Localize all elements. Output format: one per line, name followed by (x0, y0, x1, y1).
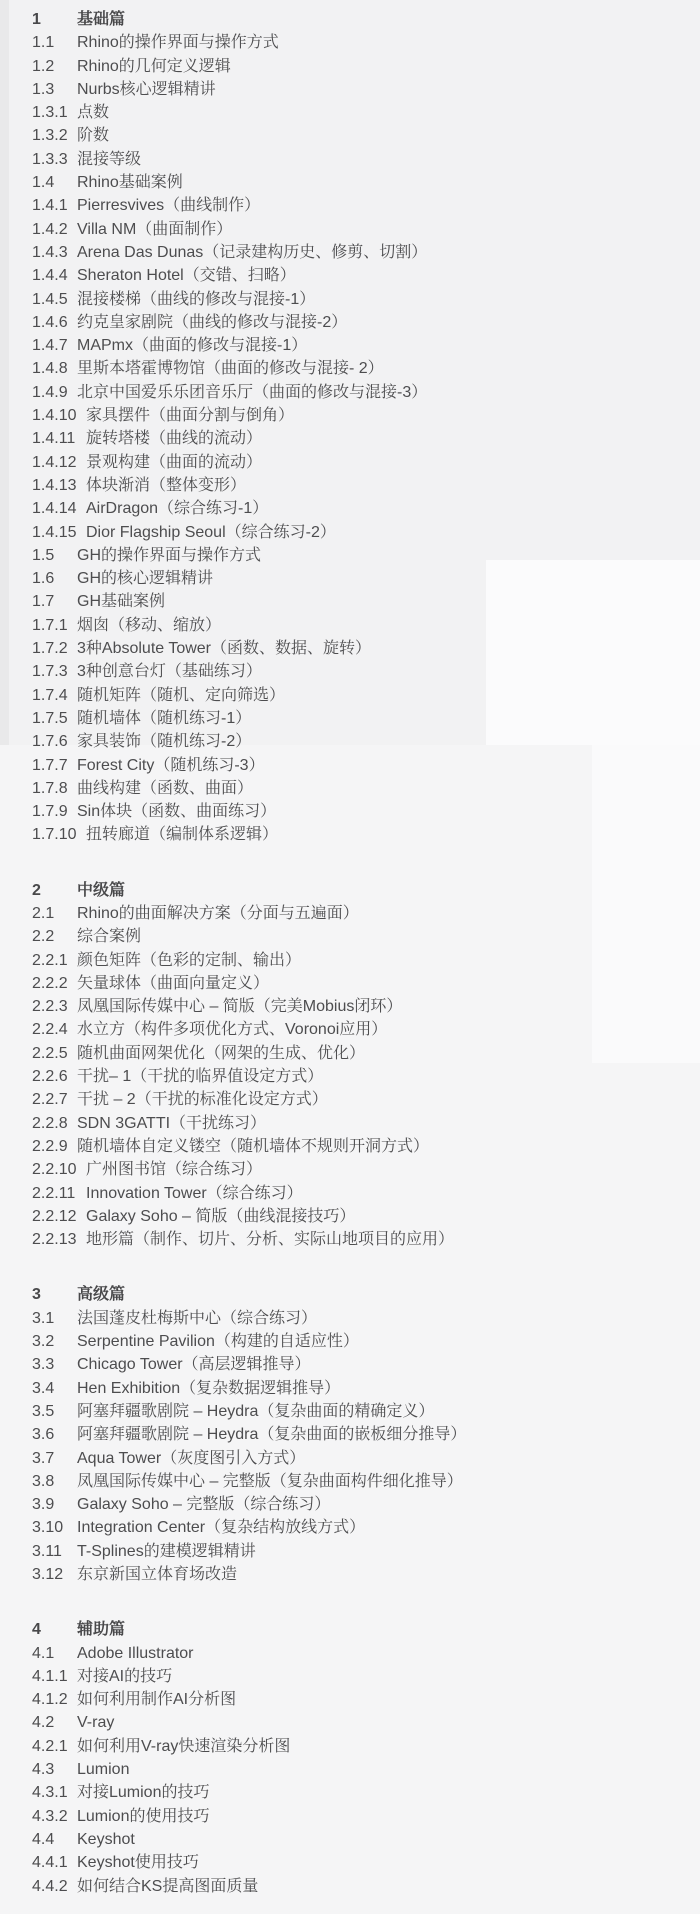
toc-line: 3.1法国蓬皮杜梅斯中心（综合练习） (32, 1307, 688, 1330)
toc-page: 1基础篇1.1Rhino的操作界面与操作方式1.2Rhino的几何定义逻辑1.3… (0, 0, 700, 1914)
toc-line: 1.4.11旋转塔楼（曲线的流动） (32, 427, 688, 450)
toc-line: 1.4.6约克皇家剧院（曲线的修改与混接-2） (32, 311, 688, 334)
toc-line-number: 1 (32, 8, 77, 31)
toc-line-title: SDN 3GATTI（干扰练习） (77, 1115, 266, 1132)
table-of-contents: 1基础篇1.1Rhino的操作界面与操作方式1.2Rhino的几何定义逻辑1.3… (0, 0, 700, 1898)
toc-line-number: 1.7.5 (32, 707, 77, 730)
toc-line-number: 1.3.3 (32, 148, 77, 171)
toc-line-title: 里斯本塔霍博物馆（曲面的修改与混接- 2） (77, 360, 384, 377)
toc-line: 1.7.10扭转廊道（编制体系逻辑） (32, 823, 688, 846)
toc-line-title: 随机矩阵（随机、定向筛选） (77, 687, 285, 704)
toc-line-number: 4.2.1 (32, 1735, 77, 1758)
toc-line-number: 2.2.3 (32, 995, 77, 1018)
toc-line-number: 1.4.13 (32, 474, 86, 497)
toc-line-title: 干扰 – 2（干扰的标准化设定方式） (77, 1091, 328, 1108)
toc-line: 4.3Lumion (32, 1758, 688, 1781)
toc-line: 2.2.2矢量球体（曲面向量定义） (32, 972, 688, 995)
toc-line: 1.3.3混接等级 (32, 148, 688, 171)
toc-line: 2中级篇 (32, 879, 688, 902)
toc-line: 1.1Rhino的操作界面与操作方式 (32, 31, 688, 54)
toc-line: 2.1Rhino的曲面解决方案（分面与五遍面） (32, 902, 688, 925)
toc-line-title: 随机曲面网架优化（网架的生成、优化） (77, 1045, 365, 1062)
toc-line-number: 2.2.6 (32, 1065, 77, 1088)
toc-line-number: 4.3.1 (32, 1781, 77, 1804)
toc-line-title: 随机墙体（随机练习-1） (77, 710, 251, 727)
toc-line-number: 3.10 (32, 1516, 77, 1539)
toc-line-number: 4.1 (32, 1642, 77, 1665)
toc-line: 4.2.1如何利用V-ray快速渲染分析图 (32, 1735, 688, 1758)
toc-line-title: 综合案例 (77, 928, 141, 945)
toc-line: 1.6GH的核心逻辑精讲 (32, 567, 688, 590)
toc-line: 1.7.6家具装饰（随机练习-2） (32, 730, 688, 753)
toc-line-number: 3.8 (32, 1470, 77, 1493)
toc-line: 1.7.23种Absolute Tower（函数、数据、旋转） (32, 637, 688, 660)
toc-line: 2.2.7干扰 – 2（干扰的标准化设定方式） (32, 1088, 688, 1111)
toc-line-title: Aqua Tower（灰度图引入方式） (77, 1450, 305, 1467)
toc-line: 3.4Hen Exhibition（复杂数据逻辑推导） (32, 1377, 688, 1400)
toc-line-title: 广州图书馆（综合练习） (86, 1161, 262, 1178)
toc-line: 3.12东京新国立体育场改造 (32, 1563, 688, 1586)
toc-line-title: Keyshot (77, 1831, 135, 1848)
toc-line-title: 对接Lumion的技巧 (77, 1784, 209, 1801)
toc-line-title: Galaxy Soho – 简版（曲线混接技巧） (86, 1208, 355, 1225)
toc-line: 1.4.10家具摆件（曲面分割与倒角） (32, 404, 688, 427)
toc-line: 2.2.11Innovation Tower（综合练习） (32, 1182, 688, 1205)
toc-line-number: 1.3.1 (32, 101, 77, 124)
toc-line-number: 2.2.8 (32, 1112, 77, 1135)
toc-line: 3.7Aqua Tower（灰度图引入方式） (32, 1447, 688, 1470)
toc-line-number: 2.1 (32, 902, 77, 925)
toc-line: 2.2.9随机墙体自定义镂空（随机墙体不规则开洞方式） (32, 1135, 688, 1158)
toc-line: 2.2.5随机曲面网架优化（网架的生成、优化） (32, 1042, 688, 1065)
toc-line-number: 4.3 (32, 1758, 77, 1781)
toc-line: 1.4.13体块渐消（整体变形） (32, 474, 688, 497)
toc-line-title: 颜色矩阵（色彩的定制、输出） (77, 952, 301, 969)
toc-line: 1.4.7MAPmx（曲面的修改与混接-1） (32, 334, 688, 357)
toc-line-title: Villa NM（曲面制作） (77, 221, 232, 238)
toc-line-number: 1.7.10 (32, 823, 86, 846)
toc-line-number: 1.4.6 (32, 311, 77, 334)
toc-line-title: Rhino基础案例 (77, 174, 183, 191)
toc-line: 4辅助篇 (32, 1618, 688, 1641)
toc-line: 1.7.7Forest City（随机练习-3） (32, 754, 688, 777)
toc-line: 3.8凤凰国际传媒中心 – 完整版（复杂曲面构件细化推导） (32, 1470, 688, 1493)
toc-line-number: 1.4.7 (32, 334, 77, 357)
toc-line-title: Forest City（随机练习-3） (77, 757, 265, 774)
toc-line-title: 曲线构建（函数、曲面） (77, 780, 253, 797)
toc-line: 1.4.4Sheraton Hotel（交错、扫略） (32, 264, 688, 287)
toc-line: 3.5阿塞拜疆歌剧院 – Heydra（复杂曲面的精确定义） (32, 1400, 688, 1423)
toc-line-title: Dior Flagship Seoul（综合练习-2） (86, 524, 336, 541)
toc-section: 3高级篇3.1法国蓬皮杜梅斯中心（综合练习）3.2Serpentine Pavi… (32, 1283, 688, 1586)
toc-line: 1.4.15Dior Flagship Seoul（综合练习-2） (32, 521, 688, 544)
toc-line: 4.1.2如何利用制作AI分析图 (32, 1688, 688, 1711)
toc-section: 2中级篇2.1Rhino的曲面解决方案（分面与五遍面）2.2综合案例2.2.1颜… (32, 879, 688, 1252)
toc-line-title: 家具摆件（曲面分割与倒角） (86, 407, 294, 424)
toc-line-title: 家具装饰（随机练习-2） (77, 733, 251, 750)
toc-line-title: Rhino的操作界面与操作方式 (77, 34, 279, 51)
toc-line: 1.4.14AirDragon（综合练习-1） (32, 497, 688, 520)
toc-line-title: MAPmx（曲面的修改与混接-1） (77, 337, 307, 354)
toc-line-title: Keyshot使用技巧 (77, 1854, 199, 1871)
toc-line: 1.7.33种创意台灯（基础练习） (32, 660, 688, 683)
toc-line-title: 旋转塔楼（曲线的流动） (86, 430, 262, 447)
toc-line-number: 4.3.2 (32, 1805, 77, 1828)
toc-line-number: 1.7.4 (32, 684, 77, 707)
toc-line: 2.2.1颜色矩阵（色彩的定制、输出） (32, 949, 688, 972)
toc-line: 1.3Nurbs核心逻辑精讲 (32, 78, 688, 101)
toc-section: 1基础篇1.1Rhino的操作界面与操作方式1.2Rhino的几何定义逻辑1.3… (32, 8, 688, 847)
toc-line: 1.4.3Arena Das Dunas（记录建构历史、修剪、切割） (32, 241, 688, 264)
toc-line: 2.2.10广州图书馆（综合练习） (32, 1158, 688, 1181)
toc-line-number: 1.4.3 (32, 241, 77, 264)
toc-line-number: 1.6 (32, 567, 77, 590)
toc-line: 4.3.2Lumion的使用技巧 (32, 1805, 688, 1828)
toc-line-number: 2.2 (32, 925, 77, 948)
toc-line: 4.1.1对接AI的技巧 (32, 1665, 688, 1688)
toc-line-title: Adobe Illustrator (77, 1645, 194, 1662)
toc-line-number: 4.4 (32, 1828, 77, 1851)
toc-line: 1.2Rhino的几何定义逻辑 (32, 55, 688, 78)
toc-line: 1.4.8里斯本塔霍博物馆（曲面的修改与混接- 2） (32, 357, 688, 380)
toc-line-number: 1.7.8 (32, 777, 77, 800)
toc-line-title: 水立方（构件多项优化方式、Voronoi应用） (77, 1021, 387, 1038)
toc-line: 1.4.1Pierresvives（曲线制作） (32, 194, 688, 217)
toc-line-number: 2.2.2 (32, 972, 77, 995)
toc-line-number: 2.2.5 (32, 1042, 77, 1065)
toc-line: 1.4Rhino基础案例 (32, 171, 688, 194)
toc-line-title: 中级篇 (77, 882, 125, 899)
toc-line-number: 1.4.5 (32, 288, 77, 311)
toc-line-number: 4.1.2 (32, 1688, 77, 1711)
toc-line-title: 如何结合KS提高图面质量 (77, 1878, 258, 1895)
toc-line-title: Rhino的几何定义逻辑 (77, 58, 231, 75)
toc-line: 3.11T-Splines的建模逻辑精讲 (32, 1540, 688, 1563)
toc-line-number: 1.7.1 (32, 614, 77, 637)
toc-line-number: 1.4.8 (32, 357, 77, 380)
toc-line-number: 4 (32, 1618, 77, 1641)
toc-line-number: 4.4.2 (32, 1875, 77, 1898)
toc-line-number: 1.3.2 (32, 124, 77, 147)
toc-line-title: 景观构建（曲面的流动） (86, 454, 262, 471)
toc-line-title: Galaxy Soho – 完整版（综合练习） (77, 1496, 330, 1513)
toc-line: 4.3.1对接Lumion的技巧 (32, 1781, 688, 1804)
toc-line-number: 1.3 (32, 78, 77, 101)
toc-line: 3.6阿塞拜疆歌剧院 – Heydra（复杂曲面的嵌板细分推导） (32, 1423, 688, 1446)
toc-line-number: 2.2.1 (32, 949, 77, 972)
toc-line-number: 1.7.2 (32, 637, 77, 660)
toc-line-title: V-ray (77, 1714, 114, 1731)
toc-line-number: 2.2.7 (32, 1088, 77, 1111)
toc-line-title: 扭转廊道（编制体系逻辑） (86, 826, 278, 843)
toc-line-title: 对接AI的技巧 (77, 1668, 172, 1685)
toc-line-title: 北京中国爱乐乐团音乐厅（曲面的修改与混接-3） (77, 384, 427, 401)
toc-line-number: 1.4.9 (32, 381, 77, 404)
toc-line-number: 3.1 (32, 1307, 77, 1330)
toc-line-title: Innovation Tower（综合练习） (86, 1185, 303, 1202)
toc-line-number: 3.12 (32, 1563, 77, 1586)
toc-line-number: 3.4 (32, 1377, 77, 1400)
toc-line-number: 1.4.12 (32, 451, 86, 474)
toc-line-number: 1.4.15 (32, 521, 86, 544)
toc-line: 2.2.13地形篇（制作、切片、分析、实际山地项目的应用） (32, 1228, 688, 1251)
toc-line: 4.4Keyshot (32, 1828, 688, 1851)
toc-line-number: 1.4.14 (32, 497, 86, 520)
toc-line-title: Chicago Tower（高层逻辑推导） (77, 1356, 311, 1373)
toc-line-number: 3.3 (32, 1353, 77, 1376)
toc-line-title: 法国蓬皮杜梅斯中心（综合练习） (77, 1310, 317, 1327)
toc-line: 1.5GH的操作界面与操作方式 (32, 544, 688, 567)
toc-line-title: 约克皇家剧院（曲线的修改与混接-2） (77, 314, 347, 331)
toc-line-title: Sin体块（函数、曲面练习） (77, 803, 276, 820)
toc-line-title: 东京新国立体育场改造 (77, 1566, 237, 1583)
toc-line-number: 1.1 (32, 31, 77, 54)
toc-line-number: 1.7.7 (32, 754, 77, 777)
toc-line-title: 辅助篇 (77, 1621, 125, 1638)
toc-line-title: GH的核心逻辑精讲 (77, 570, 213, 587)
toc-line-title: 如何利用制作AI分析图 (77, 1691, 236, 1708)
toc-line-title: Serpentine Pavilion（构建的自适应性） (77, 1333, 359, 1350)
toc-line-number: 2 (32, 879, 77, 902)
toc-line: 2.2.8SDN 3GATTI（干扰练习） (32, 1112, 688, 1135)
toc-line-title: 阿塞拜疆歌剧院 – Heydra（复杂曲面的精确定义） (77, 1403, 434, 1420)
toc-line-number: 1.4.4 (32, 264, 77, 287)
toc-line: 2.2.3凤凰国际传媒中心 – 简版（完美Mobius闭环） (32, 995, 688, 1018)
toc-line-title: 随机墙体自定义镂空（随机墙体不规则开洞方式） (77, 1138, 429, 1155)
toc-line-title: Rhino的曲面解决方案（分面与五遍面） (77, 905, 359, 922)
toc-line-number: 1.2 (32, 55, 77, 78)
toc-line-number: 2.2.10 (32, 1158, 86, 1181)
toc-line: 1.4.9北京中国爱乐乐团音乐厅（曲面的修改与混接-3） (32, 381, 688, 404)
toc-line-title: 阶数 (77, 127, 109, 144)
toc-line-title: GH的操作界面与操作方式 (77, 547, 261, 564)
toc-line-title: 如何利用V-ray快速渲染分析图 (77, 1738, 290, 1755)
toc-line-number: 1.5 (32, 544, 77, 567)
toc-line: 3.3Chicago Tower（高层逻辑推导） (32, 1353, 688, 1376)
toc-line-number: 1.4.1 (32, 194, 77, 217)
toc-line-title: GH基础案例 (77, 593, 165, 610)
toc-line-title: Arena Das Dunas（记录建构历史、修剪、切割） (77, 244, 427, 261)
toc-line-number: 1.4.10 (32, 404, 86, 427)
toc-line-title: 混接等级 (77, 151, 141, 168)
toc-line-number: 1.7.9 (32, 800, 77, 823)
toc-line: 2.2.4水立方（构件多项优化方式、Voronoi应用） (32, 1018, 688, 1041)
toc-line-number: 3.7 (32, 1447, 77, 1470)
toc-line-title: Nurbs核心逻辑精讲 (77, 81, 216, 98)
toc-section: 4辅助篇4.1Adobe Illustrator4.1.1对接AI的技巧4.1.… (32, 1618, 688, 1898)
toc-line: 1.4.2Villa NM（曲面制作） (32, 218, 688, 241)
toc-line-title: Hen Exhibition（复杂数据逻辑推导） (77, 1380, 340, 1397)
toc-line-title: Sheraton Hotel（交错、扫略） (77, 267, 296, 284)
toc-line-number: 3.6 (32, 1423, 77, 1446)
toc-line-number: 3.5 (32, 1400, 77, 1423)
toc-line: 1.7GH基础案例 (32, 590, 688, 613)
toc-line-number: 1.4.11 (32, 427, 86, 450)
toc-line-title: 矢量球体（曲面向量定义） (77, 975, 269, 992)
toc-line-title: 凤凰国际传媒中心 – 完整版（复杂曲面构件细化推导） (77, 1473, 463, 1490)
toc-line-title: 3种Absolute Tower（函数、数据、旋转） (77, 640, 371, 657)
toc-line-title: Lumion的使用技巧 (77, 1808, 209, 1825)
toc-line: 4.1Adobe Illustrator (32, 1642, 688, 1665)
toc-line-number: 1.7.3 (32, 660, 77, 683)
toc-line-number: 2.2.12 (32, 1205, 86, 1228)
toc-line: 2.2.6干扰– 1（干扰的临界值设定方式） (32, 1065, 688, 1088)
toc-line-title: 混接楼梯（曲线的修改与混接-1） (77, 291, 315, 308)
toc-line-title: 3种创意台灯（基础练习） (77, 663, 262, 680)
toc-line-title: 烟囱（移动、缩放） (77, 617, 221, 634)
toc-line-title: AirDragon（综合练习-1） (86, 500, 268, 517)
toc-line-number: 2.2.9 (32, 1135, 77, 1158)
toc-line: 1.3.2阶数 (32, 124, 688, 147)
toc-line-title: Lumion (77, 1761, 129, 1778)
toc-line-number: 1.4 (32, 171, 77, 194)
toc-line-number: 1.4.2 (32, 218, 77, 241)
toc-line: 2.2综合案例 (32, 925, 688, 948)
toc-line-title: Integration Center（复杂结构放线方式） (77, 1519, 365, 1536)
toc-line-title: 地形篇（制作、切片、分析、实际山地项目的应用） (86, 1231, 454, 1248)
toc-line: 1.7.9Sin体块（函数、曲面练习） (32, 800, 688, 823)
toc-line: 4.4.2如何结合KS提高图面质量 (32, 1875, 688, 1898)
toc-line-title: 凤凰国际传媒中心 – 简版（完美Mobius闭环） (77, 998, 402, 1015)
toc-line: 3.10Integration Center（复杂结构放线方式） (32, 1516, 688, 1539)
toc-line-number: 2.2.13 (32, 1228, 86, 1251)
toc-line: 1.4.5混接楼梯（曲线的修改与混接-1） (32, 288, 688, 311)
toc-line: 1.7.8曲线构建（函数、曲面） (32, 777, 688, 800)
toc-line-title: 点数 (77, 104, 109, 121)
toc-line-title: 阿塞拜疆歌剧院 – Heydra（复杂曲面的嵌板细分推导） (77, 1426, 466, 1443)
toc-line: 1.4.12景观构建（曲面的流动） (32, 451, 688, 474)
toc-line-title: 基础篇 (77, 11, 125, 28)
toc-line-title: 干扰– 1（干扰的临界值设定方式） (77, 1068, 323, 1085)
toc-line-number: 4.4.1 (32, 1851, 77, 1874)
toc-line: 4.2V-ray (32, 1711, 688, 1734)
toc-line: 1.7.4随机矩阵（随机、定向筛选） (32, 684, 688, 707)
toc-line-title: 体块渐消（整体变形） (86, 477, 246, 494)
toc-line-number: 3.11 (32, 1540, 77, 1563)
toc-line-title: Pierresvives（曲线制作） (77, 197, 260, 214)
toc-line-number: 3 (32, 1283, 77, 1306)
toc-line: 1.7.5随机墙体（随机练习-1） (32, 707, 688, 730)
toc-line: 1.3.1点数 (32, 101, 688, 124)
toc-line: 3.9Galaxy Soho – 完整版（综合练习） (32, 1493, 688, 1516)
toc-line-number: 3.2 (32, 1330, 77, 1353)
toc-line: 1基础篇 (32, 8, 688, 31)
toc-line: 2.2.12Galaxy Soho – 简版（曲线混接技巧） (32, 1205, 688, 1228)
toc-line: 3高级篇 (32, 1283, 688, 1306)
toc-line-number: 2.2.11 (32, 1182, 86, 1205)
toc-line-number: 4.2 (32, 1711, 77, 1734)
toc-line-number: 1.7 (32, 590, 77, 613)
toc-line-number: 3.9 (32, 1493, 77, 1516)
toc-line-number: 2.2.4 (32, 1018, 77, 1041)
toc-line: 3.2Serpentine Pavilion（构建的自适应性） (32, 1330, 688, 1353)
toc-line: 1.7.1烟囱（移动、缩放） (32, 614, 688, 637)
toc-line-title: T-Splines的建模逻辑精讲 (77, 1543, 256, 1560)
toc-line: 4.4.1Keyshot使用技巧 (32, 1851, 688, 1874)
toc-line-number: 1.7.6 (32, 730, 77, 753)
toc-line-number: 4.1.1 (32, 1665, 77, 1688)
toc-line-title: 高级篇 (77, 1286, 125, 1303)
